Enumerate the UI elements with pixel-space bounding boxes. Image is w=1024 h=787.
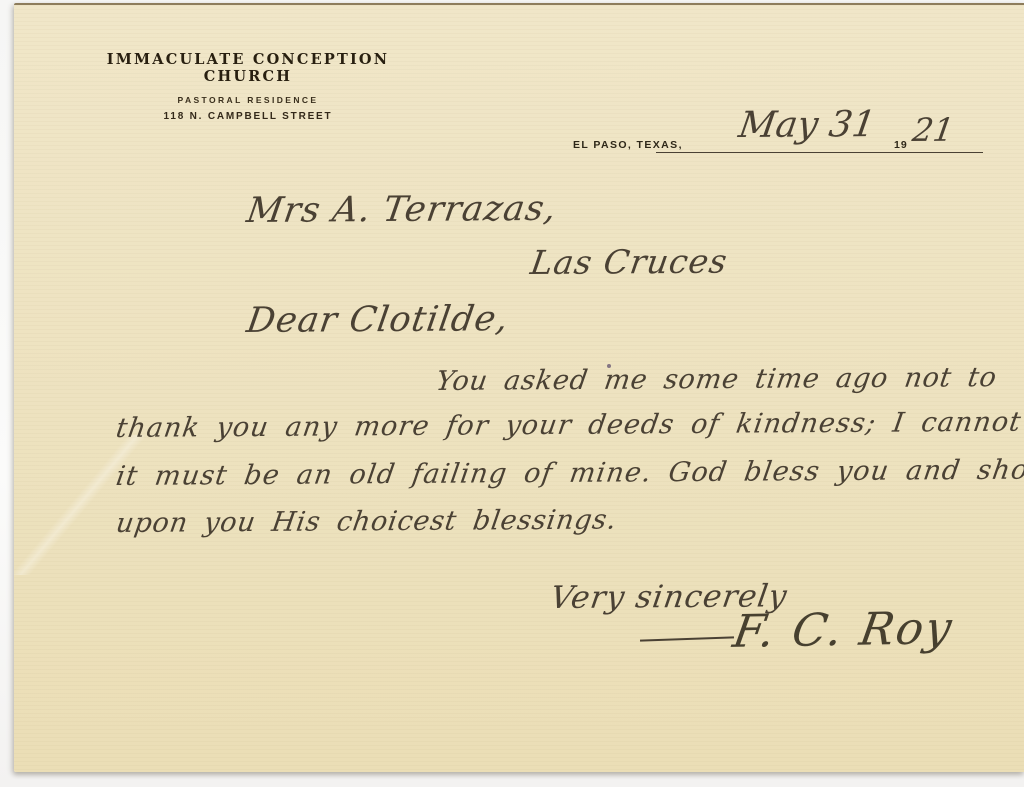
letterhead-residence-line: PASTORAL RESIDENCE (70, 95, 426, 105)
body-line: You asked me some time ago not to (434, 362, 999, 397)
letter-paper: IMMACULATE CONCEPTION CHURCH PASTORAL RE… (14, 3, 1024, 772)
signature-block: F. C. Roy (640, 603, 953, 656)
signature-flourish (640, 636, 734, 641)
letterhead-church-name: IMMACULATE CONCEPTION CHURCH (70, 51, 426, 85)
letterhead-street-line: 118 N. CAMPBELL STREET (70, 111, 426, 122)
paper-crease (14, 435, 144, 575)
salutation-line: Dear Clotilde, (244, 299, 512, 341)
handwritten-year: 21 (910, 111, 957, 149)
dateline-printed-year: 19 (894, 139, 908, 151)
body-line: thank you any more for your deeds of kin… (114, 406, 1024, 444)
letterhead: IMMACULATE CONCEPTION CHURCH PASTORAL RE… (70, 51, 426, 122)
body-line: upon you His choicest blessings. (114, 505, 619, 539)
recipient-city-line: Las Cruces (528, 242, 730, 282)
handwritten-date: May 31 (736, 104, 878, 146)
scan-background: IMMACULATE CONCEPTION CHURCH PASTORAL RE… (0, 0, 1024, 787)
body-line: it must be an old failing of mine. God b… (114, 454, 1024, 492)
signature-text: F. C. Roy (729, 601, 957, 658)
recipient-name-line: Mrs A. Terrazas, (244, 189, 560, 231)
